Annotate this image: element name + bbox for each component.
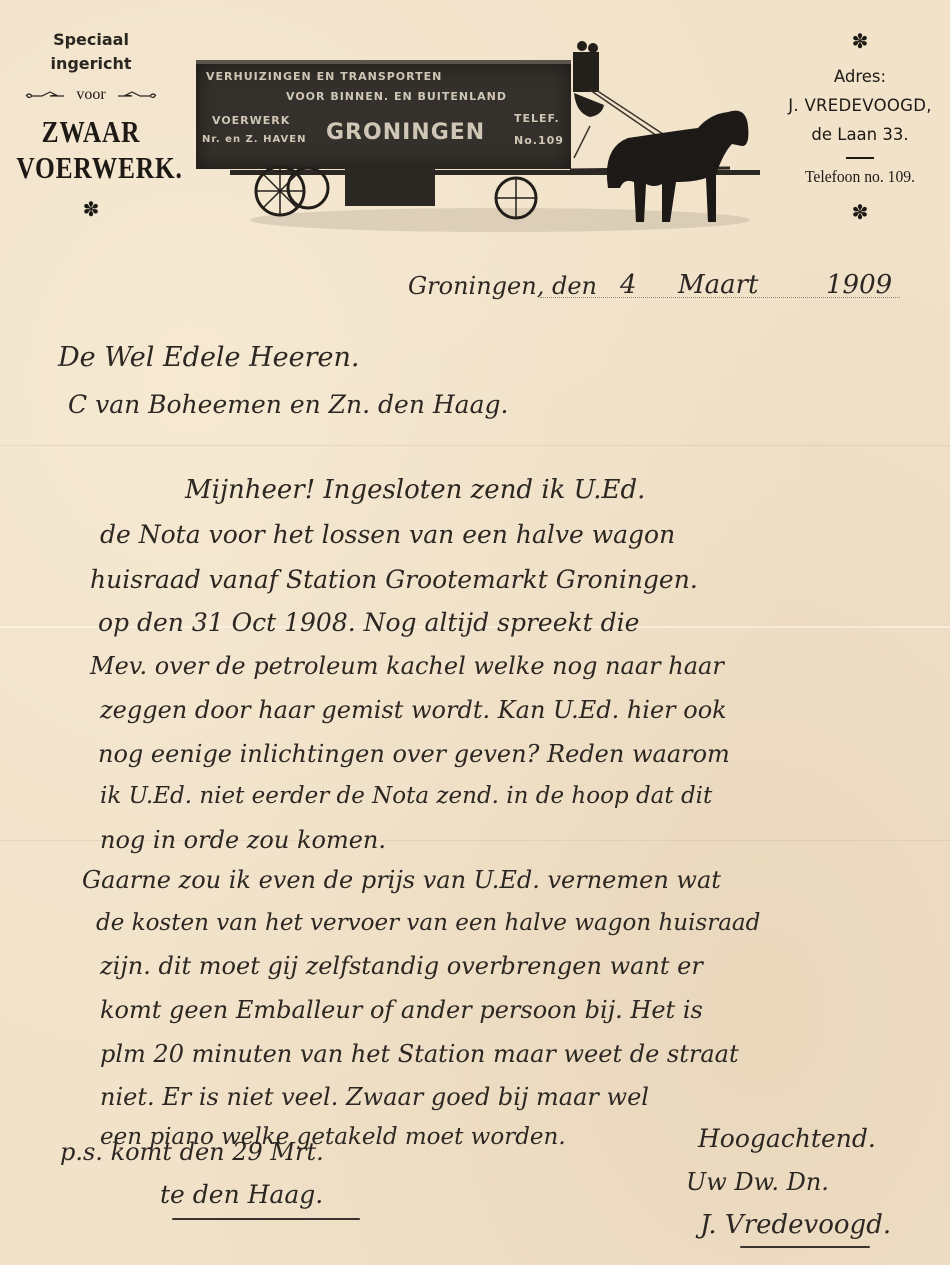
body-line: nog in orde zou komen. [100,826,386,854]
letterhead-right: ✽ Adres: J. VREDEVOOGD, de Laan 33. Tele… [770,32,950,223]
body-line: Mev. over de petroleum kachel welke nog … [90,652,724,680]
body-line: zijn. dit moet gij zelfstandig overbreng… [100,952,703,980]
body-line: zeggen door haar gemist wordt. Kan U.Ed.… [100,696,727,724]
address-name: J. VREDEVOOGD, [770,91,950,120]
body-line: komt geen Emballeur of ander persoon bij… [100,996,703,1024]
address-telephone: Telefoon no. 109. [777,165,943,189]
body-line: Mijnheer! Ingesloten zend ik U.Ed. [185,475,645,505]
body-line: huisraad vanaf Station Grootemarkt Groni… [90,565,698,594]
body-line: plm 20 minuten van het Station maar weet… [100,1040,739,1068]
body-line: de Nota voor het lossen van een halve wa… [100,520,675,549]
body-line: ik U.Ed. niet eerder de Nota zend. in de… [100,783,712,809]
closing-line2: Uw Dw. Dn. [686,1168,829,1196]
recipient-line2: C van Boheemen en Zn. den Haag. [68,390,508,419]
letterhead-zwaar: ZWAAR [16,114,165,150]
address-label: Adres: [770,62,950,91]
body-line: nog eenige inlichtingen over geven? Rede… [98,740,730,768]
body-line: Gaarne zou ik even de prijs van U.Ed. ve… [82,866,721,894]
ruled-line [0,445,950,446]
letterhead-ingericht: ingericht [0,52,182,76]
wagon-horse-silhouette-icon [190,38,760,238]
date-month: Maart [678,270,759,300]
letterhead-left: Speciaal ingericht voor ZWAAR VOERWERK. … [0,28,182,220]
address-divider [846,157,874,159]
letterhead-voor-row: voor [0,86,182,104]
flourish-left-icon [24,90,68,100]
flourish-right-icon [114,90,158,100]
letterhead-voerwerk: VOERWERK. [16,150,165,186]
rosette-ornament-icon: ✽ [770,32,950,52]
body-line: op den 31 Oct 1908. Nog altijd spreekt d… [98,608,639,637]
postscript-line1: p.s. komt den 29 Mrt. [60,1138,324,1166]
address-street: de Laan 33. [770,120,950,149]
signature: J. Vredevoogd. [700,1210,891,1240]
letterhead-speciaal: Speciaal [0,28,182,52]
date-day: 4 [620,270,637,300]
body-line: de kosten van het vervoer van een halve … [96,910,760,936]
date-line: Groningen, den 4 Maart 1909 [408,268,908,308]
closing-salutation: Hoogachtend. [698,1124,876,1153]
rosette-ornament-icon: ✽ [770,203,950,223]
recipient-line1: De Wel Edele Heeren. [58,342,359,373]
letterhead-voor: voor [76,86,105,104]
date-place: Groningen, den [408,272,597,300]
date-year: 1909 [826,270,892,300]
postscript-line2: te den Haag. [160,1180,323,1209]
signature-underline [740,1246,870,1248]
postscript-underline [172,1218,360,1220]
body-line: niet. Er is niet veel. Zwaar goed bij ma… [100,1083,649,1111]
horse-wagon-illustration: VERHUIZINGEN EN TRANSPORTEN VOOR BINNEN.… [190,38,760,238]
rosette-ornament-icon: ✽ [0,200,182,220]
